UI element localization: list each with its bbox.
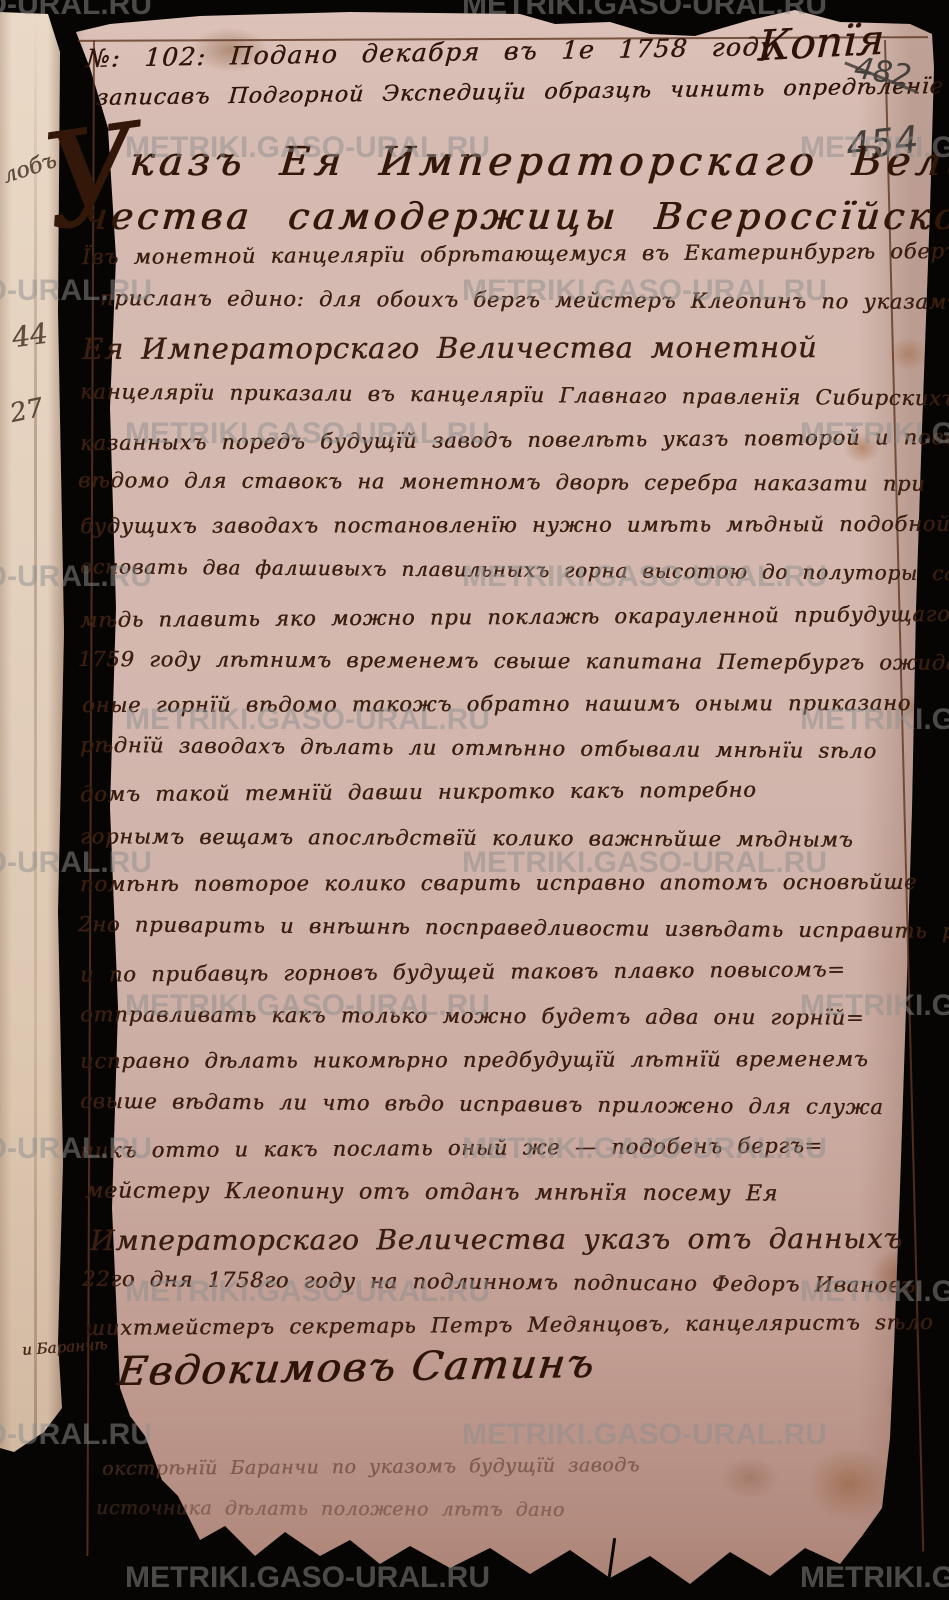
- manuscript-line: 22го дня 1758го году на подлинномъ подпи…: [82, 1269, 916, 1297]
- manuscript-line: 2но приварить и внѣшнѣ посправедливости …: [78, 914, 949, 943]
- manuscript-line: помѣнѣ повторое колико сварить исправно …: [80, 872, 917, 895]
- manuscript-line: будущихъ заводахъ постановленїю нужно им…: [80, 514, 949, 537]
- manuscript-line: Ївъ монетной канцелярїи обрѣтающемуся въ…: [82, 241, 949, 268]
- manuscript-line: основать два фалшивыхъ плавильныхъ горна…: [80, 556, 949, 583]
- manuscript-line: горнымъ вещамъ апослѣдствїй колико важнѣ…: [80, 826, 853, 850]
- heading-line: чества самодержицы Всероссїйской=: [82, 198, 949, 235]
- postscript-line: источника дѣлать положено лѣтъ дано: [96, 1499, 565, 1520]
- postscript-line: окстрѣнїй Баранчи по указомъ будущїй зав…: [102, 1456, 640, 1479]
- manuscript-line: мейстеру Клеопину отъ отданъ мнѣнїя посе…: [85, 1180, 778, 1205]
- margin-note: и Баранчѣ: [22, 1337, 108, 1358]
- manuscript-line: шихтмейстеръ секретарь Петръ Медянцовъ, …: [85, 1312, 934, 1339]
- manuscript-line: 1759 году лѣтнимъ временемъ свыше капита…: [78, 649, 949, 674]
- manuscript-line: вѣдомо для ставокъ на монетномъ дворѣ се…: [78, 470, 926, 495]
- manuscript-line: никъ отто и какъ послать оный же — подоб…: [80, 1135, 823, 1161]
- ink-layer: №: 102: Подано декабря въ 1е 1758 году К…: [0, 0, 949, 1600]
- manuscript-line: канцелярїи приказали въ канцелярїи Главн…: [80, 382, 949, 410]
- manuscript-line: рѣднїй заводахъ дѣлать ли отмѣнно отбыва…: [80, 735, 877, 762]
- signature: Евдокимовъ Сатинъ: [115, 1344, 598, 1392]
- manuscript-line: оные горнїй вѣдомо такожъ обратно нашимъ…: [82, 693, 911, 716]
- manuscript-line: свыше вѣдать ли что вѣдо исправивъ прило…: [80, 1091, 884, 1118]
- manuscript-line: казанныхъ поредъ будущїй заводъ повелѣть…: [80, 427, 949, 454]
- manuscript-line: Ея Императорскаго Величества монетной: [82, 333, 817, 364]
- manuscript-line: домъ такой темнїй давши никротко какъ по…: [80, 780, 757, 806]
- registration-line: записавъ Подгорной Экспедицїи образцѣ чи…: [95, 76, 944, 110]
- scan-background: лобъ4427 №: 102: Подано декабря въ 1е 17…: [0, 0, 949, 1600]
- manuscript-line: исправно дѣлать никомѣрно предбудущїй лѣ…: [80, 1049, 869, 1072]
- manuscript-line: мѣдь плавить яко можно при поклажѣ окара…: [80, 604, 949, 631]
- heading-line: казъ Ея Императорскаго Вели=: [128, 142, 949, 182]
- manuscript-line: и по прибавцѣ горновъ будущей таковъ пла…: [80, 959, 846, 985]
- manuscript-line: Императорскаго Величества указъ отъ данн…: [90, 1225, 903, 1255]
- manuscript-line: присланъ едино: для обоихъ бергъ мейстер…: [100, 288, 949, 313]
- manuscript-line: отправливать какъ только можно будетъ ад…: [80, 1004, 864, 1028]
